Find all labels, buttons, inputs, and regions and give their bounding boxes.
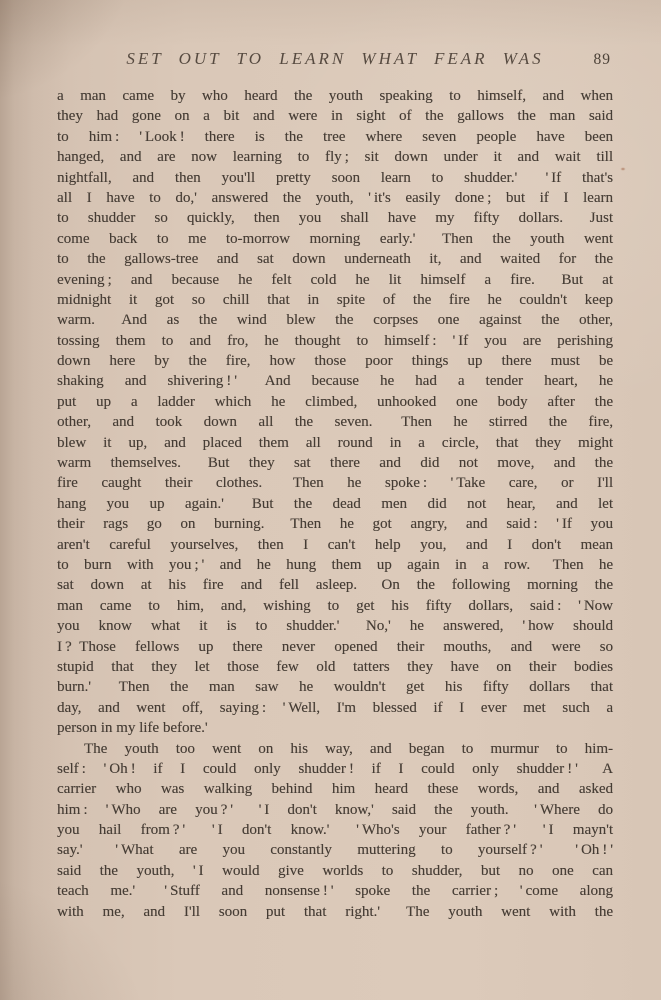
- text-line: sat down at his fire and fell asleep. On…: [57, 575, 613, 595]
- text-line: teach me.' ' Stuff and nonsense ! ' spok…: [57, 881, 613, 901]
- text-line: self : ' Oh ! if I could only shudder ! …: [57, 759, 613, 779]
- paper-speck: [620, 167, 626, 171]
- text-line: day, and went off, saying : ' Well, I'm …: [57, 698, 613, 718]
- text-line: down here by the fire, how those poor th…: [57, 351, 613, 371]
- text-line: aren't careful yourselves, then I can't …: [57, 535, 613, 555]
- text-line: to the gallows-tree and sat down underne…: [57, 249, 613, 269]
- text-line: with me, and I'll soon put that right.' …: [57, 902, 613, 922]
- text-line: their rags go on burning. Then he got an…: [57, 514, 613, 534]
- page-number: 89: [594, 51, 612, 69]
- text-line: The youth too went on his way, and began…: [57, 739, 613, 759]
- text-line: warm. And as the wind blew the corpses o…: [57, 310, 613, 330]
- text-line: a man came by who heard the youth speaki…: [57, 86, 613, 106]
- text-line: said the youth, ' I would give worlds to…: [57, 861, 613, 881]
- text-line: person in my life before.': [57, 718, 613, 738]
- text-line: him : ' Who are you ? ' ' I don't know,'…: [57, 800, 613, 820]
- text-line: midnight it got so chill that in spite o…: [57, 290, 613, 310]
- text-line: you know what it is to shudder.' No,' he…: [57, 616, 613, 636]
- text-line: carrier who was walking behind him heard…: [57, 779, 613, 799]
- chapter-running-title: SET OUT TO LEARN WHAT FEAR WAS: [126, 49, 543, 68]
- text-line: man came to him, and, wishing to get his…: [57, 596, 613, 616]
- body-text: a man came by who heard the youth speaki…: [57, 86, 613, 922]
- text-line: blew it up, and placed them all round in…: [57, 433, 613, 453]
- text-line: stupid that they let those few old tatte…: [57, 657, 613, 677]
- text-line: to shudder so quickly, then you shall ha…: [57, 208, 613, 228]
- text-line: evening ; and because he felt cold he li…: [57, 270, 613, 290]
- text-line: fire caught their clothes. Then he spoke…: [57, 473, 613, 493]
- text-line: tossing them to and fro, he thought to h…: [57, 331, 613, 351]
- text-line: say.' ' What are you constantly mutterin…: [57, 840, 613, 860]
- text-line: come back to me to-morrow morning early.…: [57, 229, 613, 249]
- text-line: burn.' Then the man saw he wouldn't get …: [57, 677, 613, 697]
- text-line: nightfall, and then you'll pretty soon l…: [57, 168, 613, 188]
- text-line: to burn with you ; ' and he hung them up…: [57, 555, 613, 575]
- text-line: shaking and shivering ! ' And because he…: [57, 371, 613, 391]
- text-line: hang you up again.' But the dead men did…: [57, 494, 613, 514]
- book-page: SET OUT TO LEARN WHAT FEAR WAS 89 a man …: [0, 0, 661, 1000]
- text-line: they had gone on a bit and were in sight…: [57, 106, 613, 126]
- text-line: warm themselves. But they sat there and …: [57, 453, 613, 473]
- text-line: to him : ' Look ! there is the tree wher…: [57, 127, 613, 147]
- text-line: hanged, and are now learning to fly ; si…: [57, 147, 613, 167]
- text-line: you hail from ? ' ' I don't know.' ' Who…: [57, 820, 613, 840]
- text-line: put up a ladder which he climbed, unhook…: [57, 392, 613, 412]
- text-line: all I have to do,' answered the youth, '…: [57, 188, 613, 208]
- text-line: other, and took down all the seven. Then…: [57, 412, 613, 432]
- text-line: I ? Those fellows up there never opened …: [57, 637, 613, 657]
- running-header: SET OUT TO LEARN WHAT FEAR WAS 89: [57, 49, 613, 71]
